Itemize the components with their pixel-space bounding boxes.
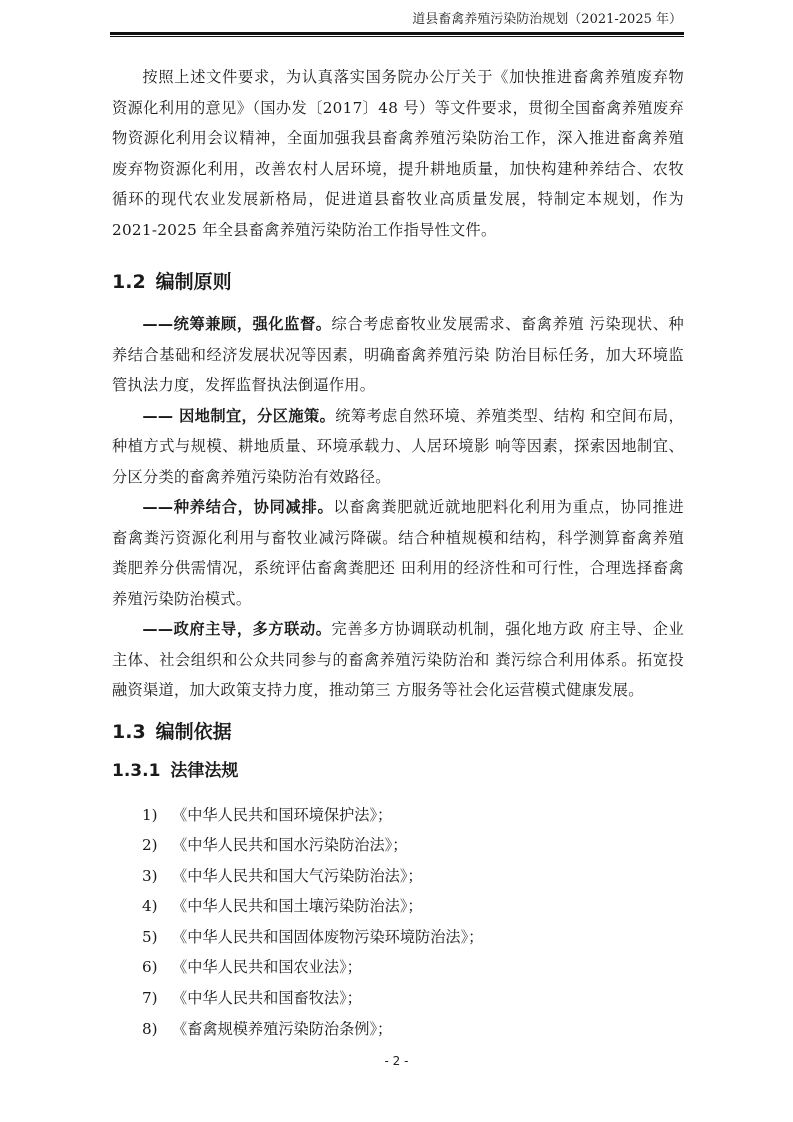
principle-paragraph: —— 因地制宜，分区施策。统筹考虑自然环境、养殖类型、结构 和空间布局，种植方式… <box>112 401 684 493</box>
header-rule-thick <box>110 32 684 35</box>
law-title: 《畜禽规模养殖污染防治条例》； <box>172 1014 392 1045</box>
principle-lead: ——政府主导，多方联动。 <box>142 620 331 638</box>
law-list-item: 2)《中华人民共和国水污染防治法》； <box>112 830 684 861</box>
law-title: 《中华人民共和国大气污染防治法》； <box>172 861 423 892</box>
law-list-item: 4)《中华人民共和国土壤污染防治法》； <box>112 891 684 922</box>
intro-paragraph: 按照上述文件要求，为认真落实国务院办公厅关于《加快推进畜禽养殖废弃物资源化利用的… <box>112 62 684 245</box>
law-title: 《中华人民共和国环境保护法》； <box>172 800 392 831</box>
section-number: 1.3 <box>112 721 146 743</box>
law-number: 2) <box>112 830 172 861</box>
subsection-number: 1.3.1 <box>112 761 160 781</box>
law-number: 4) <box>112 891 172 922</box>
subsection-title: 法律法规 <box>170 761 238 781</box>
principle-paragraph: ——政府主导，多方联动。完善多方协调联动机制，强化地方政 府主导、企业主体、社会… <box>112 614 684 706</box>
law-number: 6) <box>112 952 172 983</box>
law-list-item: 6)《中华人民共和国农业法》； <box>112 952 684 983</box>
law-number: 8) <box>112 1014 172 1045</box>
page-number: - 2 - <box>0 1054 793 1068</box>
law-list-item: 8)《畜禽规模养殖污染防治条例》； <box>112 1014 684 1045</box>
principle-lead: —— 因地制宜，分区施策。 <box>142 407 335 425</box>
law-list-item: 3)《中华人民共和国大气污染防治法》； <box>112 861 684 892</box>
principle-lead: ——种养结合，协同减排。 <box>142 498 333 516</box>
principle-paragraph: ——统筹兼顾，强化监督。综合考虑畜牧业发展需求、畜禽养殖 污染现状、种养结合基础… <box>112 309 684 401</box>
principle-lead: ——统筹兼顾，强化监督。 <box>142 315 331 333</box>
header-title: 道县畜禽养殖污染防治规划（2021-2025 年） <box>110 10 684 30</box>
law-list-item: 7)《中华人民共和国畜牧法》； <box>112 983 684 1014</box>
law-number: 1) <box>112 800 172 831</box>
section-title: 编制原则 <box>156 271 232 293</box>
law-title: 《中华人民共和国农业法》； <box>172 952 362 983</box>
running-header: 道县畜禽养殖污染防治规划（2021-2025 年） <box>110 10 684 37</box>
law-number: 3) <box>112 861 172 892</box>
section-heading-1-3: 1.3编制依据 <box>112 720 684 744</box>
law-title: 《中华人民共和国水污染防治法》； <box>172 830 407 861</box>
law-title: 《中华人民共和国畜牧法》； <box>172 983 362 1014</box>
page-body: 按照上述文件要求，为认真落实国务院办公厅关于《加快推进畜禽养殖废弃物资源化利用的… <box>112 62 684 1044</box>
section-number: 1.2 <box>112 271 146 293</box>
laws-list: 1)《中华人民共和国环境保护法》； 2)《中华人民共和国水污染防治法》； 3)《… <box>112 800 684 1045</box>
subsection-heading-1-3-1: 1.3.1法律法规 <box>112 760 684 782</box>
document-page: 道县畜禽养殖污染防治规划（2021-2025 年） 按照上述文件要求，为认真落实… <box>0 0 793 1122</box>
section-title: 编制依据 <box>156 721 232 743</box>
law-title: 《中华人民共和国土壤污染防治法》； <box>172 891 423 922</box>
section-heading-1-2: 1.2编制原则 <box>112 270 684 294</box>
law-number: 5) <box>112 922 172 953</box>
header-rule-thin <box>110 36 684 37</box>
law-list-item: 1)《中华人民共和国环境保护法》； <box>112 800 684 831</box>
law-title: 《中华人民共和国固体废物污染环境防治法》； <box>172 922 483 953</box>
principle-paragraph: ——种养结合，协同减排。以畜禽粪肥就近就地肥料化利用为重点，协同推进畜禽粪污资源… <box>112 492 684 614</box>
law-list-item: 5)《中华人民共和国固体废物污染环境防治法》； <box>112 922 684 953</box>
law-number: 7) <box>112 983 172 1014</box>
